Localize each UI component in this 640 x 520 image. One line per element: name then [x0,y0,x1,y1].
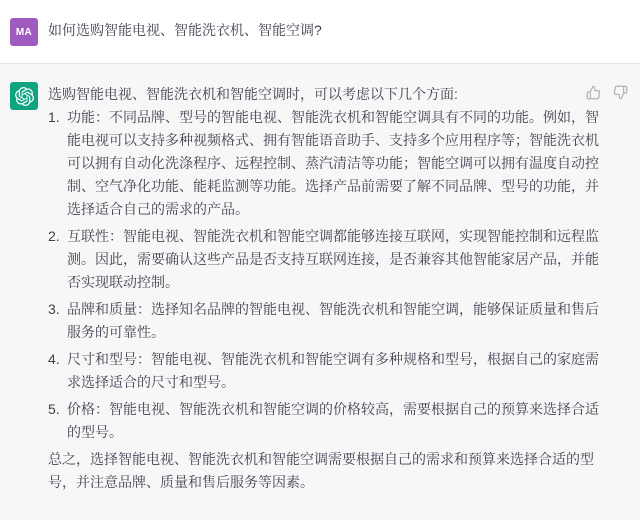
assistant-message-content: 选购智能电视、智能洗衣机和智能空调时，可以考虑以下几个方面: 1. 功能：不同品… [48,82,610,494]
list-item-number: 4. [48,348,67,394]
user-message: MA 如何选购智能电视、智能洗衣机、智能空调? [0,0,640,63]
assistant-numbered-list: 1. 功能：不同品牌、型号的智能电视、智能洗衣机和智能空调具有不同的功能。例如，… [48,106,610,444]
thumbs-down-button[interactable] [613,85,628,100]
user-avatar: MA [10,18,38,46]
thumbs-up-icon [586,85,601,100]
list-item: 3. 品牌和质量：选择知名品牌的智能电视、智能洗衣机和智能空调，能够保证质量和售… [48,298,610,344]
user-message-content: 如何选购智能电视、智能洗衣机、智能空调? [48,18,610,42]
list-item: 2. 互联性：智能电视、智能洗衣机和智能空调都能够连接互联网，实现智能控制和远程… [48,225,610,294]
list-item-number: 3. [48,298,67,344]
chat-thread: MA 如何选购智能电视、智能洗衣机、智能空调? 选购智能电视、智能洗衣机和智能空… [0,0,640,520]
list-item-number: 2. [48,225,67,294]
list-item-number: 5. [48,398,67,444]
list-item-text: 尺寸和型号：智能电视、智能洗衣机和智能空调有多种规格和型号，根据自己的家庭需求选… [67,348,610,394]
list-item-number: 1. [48,106,67,221]
assistant-conclusion-text: 总之，选择智能电视、智能洗衣机和智能空调需要根据自己的需求和预算来选择合适的型号… [48,448,610,494]
message-feedback-actions [586,85,628,100]
assistant-avatar [10,82,38,110]
chatgpt-logo-icon [15,87,34,106]
list-item: 5. 价格：智能电视、智能洗衣机和智能空调的价格较高，需要根据自己的预算来选择合… [48,398,610,444]
list-item: 4. 尺寸和型号：智能电视、智能洗衣机和智能空调有多种规格和型号，根据自己的家庭… [48,348,610,394]
user-message-text: 如何选购智能电视、智能洗衣机、智能空调? [48,19,610,42]
list-item: 1. 功能：不同品牌、型号的智能电视、智能洗衣机和智能空调具有不同的功能。例如，… [48,106,610,221]
list-item-text: 价格：智能电视、智能洗衣机和智能空调的价格较高，需要根据自己的预算来选择合适的型… [67,398,610,444]
list-item-text: 功能：不同品牌、型号的智能电视、智能洗衣机和智能空调具有不同的功能。例如，智能电… [67,106,610,221]
thumbs-down-icon [613,85,628,100]
list-item-text: 品牌和质量：选择知名品牌的智能电视、智能洗衣机和智能空调，能够保证质量和售后服务… [67,298,610,344]
assistant-message: 选购智能电视、智能洗衣机和智能空调时，可以考虑以下几个方面: 1. 功能：不同品… [0,63,640,520]
list-item-text: 互联性：智能电视、智能洗衣机和智能空调都能够连接互联网，实现智能控制和远程监测。… [67,225,610,294]
thumbs-up-button[interactable] [586,85,601,100]
assistant-intro-text: 选购智能电视、智能洗衣机和智能空调时，可以考虑以下几个方面: [48,83,610,106]
